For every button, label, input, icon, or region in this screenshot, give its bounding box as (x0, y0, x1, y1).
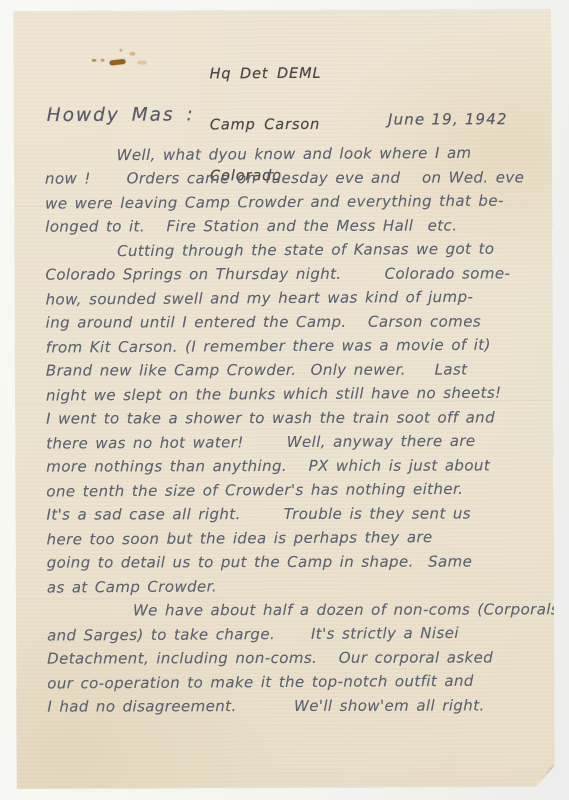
letter-line: we were leaving Camp Crowder and everyth… (45, 188, 546, 215)
letter-line: how, sounded swell and my heart was kind… (45, 284, 546, 311)
letter-line: now ! Orders came on Tuesday eve and on … (45, 165, 546, 190)
letter-line: Brand new like Camp Crowder. Only newer.… (46, 357, 547, 382)
letter-line: our co-operation to make it the top-notc… (47, 668, 548, 695)
letter-line: Cutting through the state of Kansas we g… (45, 236, 546, 263)
letter-line: Detachment, including non-coms. Our corp… (47, 645, 548, 670)
letter-body: Well, what dyou know and look where I am… (45, 141, 549, 719)
letter-line: We have about half a dozen of non-coms (… (47, 597, 548, 622)
letter-line: night we slept on the bunks which still … (46, 380, 547, 407)
letter-line: and Sarges) to take charge. It's strictl… (47, 620, 548, 647)
scanned-letter-scene: Hq Det DEML Camp Carson Colorado Howdy M… (0, 0, 569, 800)
letter-date: June 19, 1942 (388, 110, 508, 129)
letter-line: ing around until I entered the Camp. Car… (46, 309, 547, 334)
letter-line: as at Camp Crowder. (47, 572, 548, 599)
paper-stain (89, 47, 153, 75)
letter-line: It's a sad case all right. Trouble is th… (46, 501, 547, 526)
letter-line: there was no hot water! Well, anyway the… (46, 428, 547, 455)
letter-line: longed to it. Fire Station and the Mess … (45, 213, 546, 238)
letter-paper: Hq Det DEML Camp Carson Colorado Howdy M… (13, 9, 554, 789)
letter-line: I had no disagreement. We'll show'em all… (47, 693, 548, 718)
letterhead-unit: Hq Det DEML (210, 66, 322, 83)
letter-line: going to detail us to put the Camp in sh… (47, 549, 548, 574)
letter-line: from Kit Carson. (I remember there was a… (46, 332, 547, 359)
letter-line: here too soon but the idea is perhaps th… (47, 524, 548, 551)
letter-line: one tenth the size of Crowder's has noth… (46, 476, 547, 503)
salutation-row: Howdy Mas : June 19, 1942 (47, 103, 508, 130)
folded-corner (533, 763, 555, 787)
salutation: Howdy Mas : (47, 104, 195, 126)
letter-line: more nothings than anything. PX which is… (46, 453, 547, 478)
letter-line: Colorado Springs on Thursday night. Colo… (45, 261, 546, 286)
letter-line: I went to take a shower to wash the trai… (46, 405, 547, 430)
letter-line: Well, what dyou know and look where I am (45, 140, 546, 167)
